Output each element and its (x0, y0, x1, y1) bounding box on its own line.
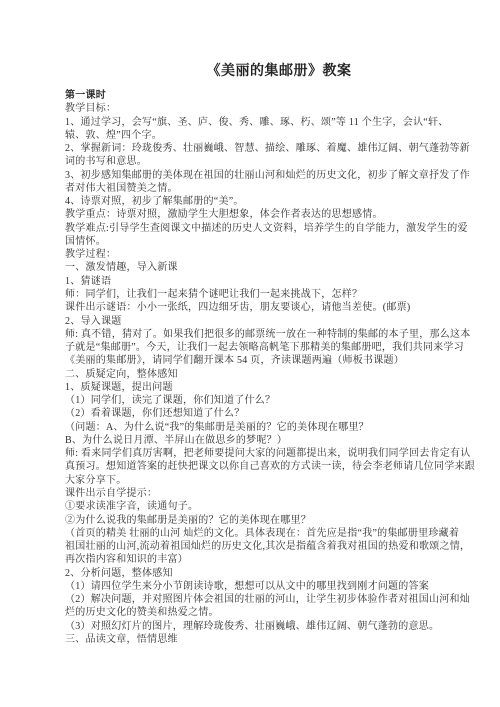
text-line: 教学难点:引导学生查阅课文中描述的历史人文资料，培养学生的自学能力，激发学生的爱 (65, 222, 464, 235)
text-line: 二、质疑定向，整体感知 (65, 368, 464, 381)
text-line: ①要求读准字音，读通句子。 (65, 500, 464, 513)
text-line: 课件出示谜语：小小一张纸，四边细牙齿，朋友要谈心，请他当差使。(邮票) (65, 301, 464, 314)
text-line: 子就是“集邮册”。今天，让我们一起去领略高帆笔下那精美的集邮册吧，我们共同来学习 (65, 341, 464, 354)
text-line: 师: 真不错，猜对了。如果我们把很多的邮票统一放在一种特制的集邮的本子里，那么这… (65, 328, 464, 341)
text-line: （问题：A、为什么说“我”的集邮册是美丽的？它的美体现在哪里？ (65, 421, 464, 434)
text-line: 2、掌握新词：玲珑俊秀、壮丽巍峨、智慧、描绘、雕琢、着魔、雄伟辽阔、朝气蓬勃等新 (65, 142, 464, 155)
document-page: 《美丽的集邮册》教案 第一课时教学目标：1、通过学习，会写“旗、圣、庐、俊、秀、… (0, 0, 500, 707)
text-line: 再次指内容和知识的丰富） (65, 553, 464, 566)
text-line: 第一课时 (65, 89, 464, 102)
text-line: 三、品读文章，悟情思维 (65, 633, 464, 646)
text-line: 教学过程： (65, 248, 464, 261)
text-line: 1、猜谜语 (65, 275, 464, 288)
text-line: （首页的精美 壮丽的山河 灿烂的文化。具体表现在：首先应是指“我”的集邮册里珍藏… (65, 527, 464, 540)
document-lines: 第一课时教学目标：1、通过学习，会写“旗、圣、庐、俊、秀、雕、琢、朽、颂”等 1… (65, 89, 464, 646)
text-line: 祖国壮丽的山河,流动着祖国灿烂的历史文化,其次是指蕴含着我对祖国的热爱和歌颂之情… (65, 540, 464, 553)
text-line: 一、激发情趣，导入新课 (65, 261, 464, 274)
text-line: 者对伟大祖国赞美之情。 (65, 182, 464, 195)
page-title: 《美丽的集邮册》教案 (29, 62, 500, 82)
text-line: 课件出示自学提示： (65, 487, 464, 500)
text-line: 真预习。想知道答案的赶快把课文以你自己喜欢的方式读一读，待会李老师请几位同学来跟 (65, 460, 464, 473)
text-line: 教学重点：诗票对照，激励学生大胆想象，体会作者表达的思想感情。 (65, 208, 464, 221)
text-line: 师: 看来同学们真厉害啊，把老师要提问大家的问题都提出来，说明我们同学回去肯定有… (65, 447, 464, 460)
text-line: （1）同学们，读完了课题，你们知道了什么？ (65, 394, 464, 407)
text-line: 2、分析问题，整体感知 (65, 567, 464, 580)
text-line: 2、导入课题 (65, 315, 464, 328)
text-line: ②为什么说我的集邮册是美丽的？它的美体现在哪里？ (65, 514, 464, 527)
text-line: 《美丽的集邮册》，请同学们翻开课本 54 页，齐读课题两遍（师板书课题） (65, 354, 464, 367)
text-line: B、为什么说日月潭、半屏山在做思乡的梦呢？） (65, 434, 464, 447)
text-line: 1、质疑课题，提出问题 (65, 381, 464, 394)
text-line: （3）对照幻灯片的图片，理解玲珑俊秀、壮丽巍峨、雄伟辽阔、朝气蓬勃的意思。 (65, 620, 464, 633)
text-line: 3、初步感知集邮册的美体现在祖国的壮丽山河和灿烂的历史文化，初步了解文章抒发了作 (65, 169, 464, 182)
text-line: （1）请四位学生来分小节朗读诗歌，想想可以从文中的哪里找到刚才问题的答案 (65, 580, 464, 593)
text-line: 辕、敦、煌”四个字。 (65, 129, 464, 142)
text-line: 4、诗票对照，初步了解集邮册的“美”。 (65, 195, 464, 208)
text-line: （2）看着课题，你们还想知道了什么？ (65, 407, 464, 420)
text-line: 1、通过学习，会写“旗、圣、庐、俊、秀、雕、琢、朽、颂”等 11 个生字，会认“… (65, 116, 464, 129)
text-line: 词的书写和意思。 (65, 155, 464, 168)
text-line: 烂的历史文化的赞美和热爱之情。 (65, 606, 464, 619)
text-line: （2）解决问题，并对照图片体会祖国的壮丽的河山，让学生初步体验作者对祖国山河和灿 (65, 593, 464, 606)
text-line: 大家分享下。 (65, 474, 464, 487)
text-line: 师：同学们，让我们一起来猜个谜吧让我们一起来挑战下，怎样？ (65, 288, 464, 301)
text-line: 国情怀。 (65, 235, 464, 248)
text-line: 教学目标： (65, 102, 464, 115)
